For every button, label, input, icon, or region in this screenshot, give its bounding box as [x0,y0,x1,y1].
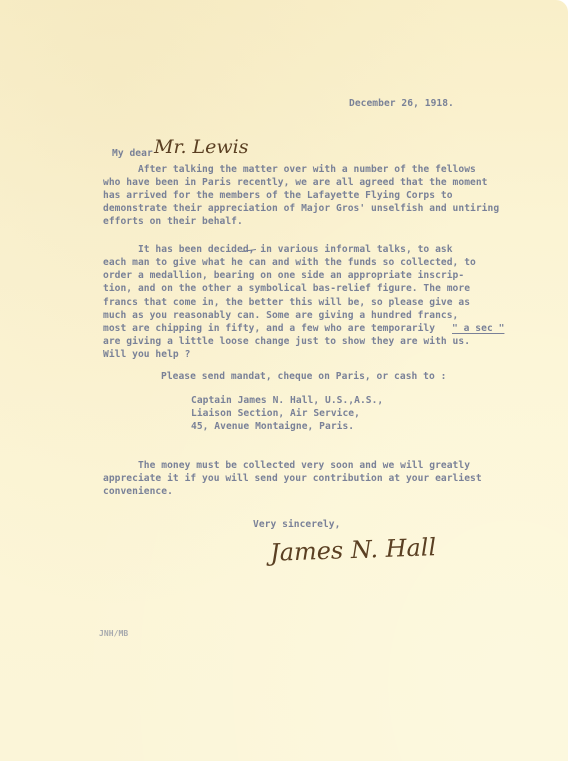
salutation-typed: My dear [112,147,153,160]
paragraph-line: The money must be collected very soon an… [103,459,470,472]
paragraph-line: has arrived for the members of the Lafay… [103,189,453,202]
paragraph-line: most are chipping in fifty, and a few wh… [103,322,441,335]
paragraph-line: francs that come in, the better this wil… [103,296,470,309]
payment-instruction: Please send mandat, cheque on Paris, or … [161,370,446,383]
signature: James N. Hall [270,533,437,567]
address-line: Liaison Section, Air Service, [191,407,360,420]
paragraph-line: It has been decided, in various informal… [103,243,453,256]
paragraph-line: After talking the matter over with a num… [103,163,476,176]
paragraph-line: Will you help ? [103,348,190,361]
salutation-handwritten: Mr. Lewis [154,136,248,158]
closing: Very sincerely, [253,518,340,531]
paragraph-line: tion, and on the other a symbolical bas-… [103,282,470,295]
paragraph-line: much as you reasonably can. Some are giv… [103,309,458,322]
paragraph-line: are giving a little loose change just to… [103,335,470,348]
paragraph-line: order a medallion, bearing on one side a… [103,269,464,282]
reference-initials: JNH/MB [99,627,128,640]
paragraph-line: efforts on their behalf. [103,215,243,228]
paragraph-line: who have been in Paris recently, we are … [103,176,488,189]
address-line: Captain James N. Hall, U.S.,A.S., [191,394,383,407]
paragraph-line: demonstrate their appreciation of Major … [103,202,499,215]
paragraph-line: convenience. [103,485,173,498]
paragraph-line: each man to give what he can and with th… [103,256,476,269]
address-line: 45, Avenue Montaigne, Paris. [191,420,354,433]
letter-date: December 26, 1918. [349,97,454,110]
paragraph-line: appreciate it if you will send your cont… [103,472,482,485]
underlined-phrase: " a sec " [452,322,504,335]
